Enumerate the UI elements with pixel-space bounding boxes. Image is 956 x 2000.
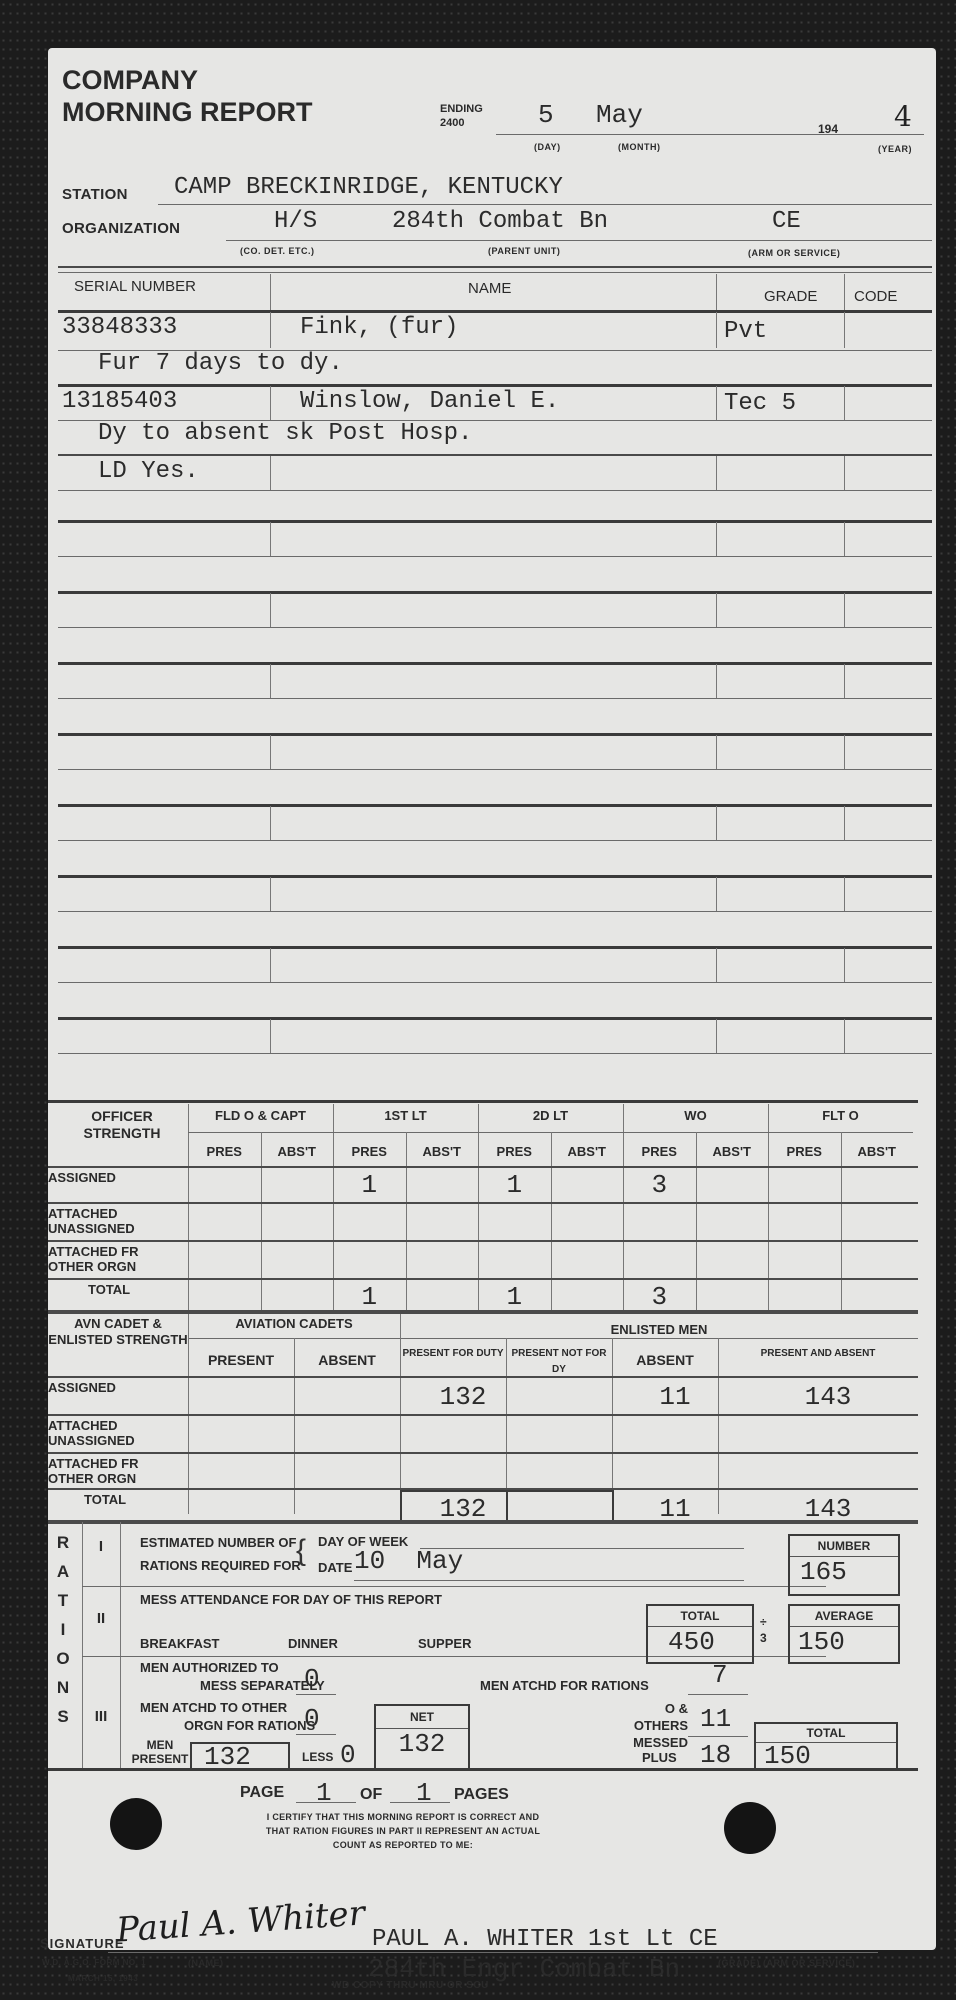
col-divider [623, 1104, 624, 1312]
arm-caption: (ARM OR SERVICE) [748, 248, 840, 258]
net-value[interactable]: 132 [376, 1729, 468, 1759]
entry-1-name[interactable]: Fink, (fur) [300, 314, 458, 341]
enlisted-cell[interactable]: 143 [738, 1382, 918, 1412]
col-divider [844, 274, 845, 310]
officer-top-rule [48, 1100, 918, 1103]
row-rule [58, 733, 932, 736]
number-value[interactable]: 165 [790, 1557, 898, 1587]
col-divider [506, 1490, 508, 1524]
col-divider [716, 664, 717, 698]
col-divider [270, 386, 271, 420]
col-divider [270, 274, 271, 310]
row-rule [58, 627, 932, 628]
less-value[interactable]: 0 [340, 1740, 356, 1770]
mess-total-value[interactable]: 450 [648, 1627, 752, 1657]
officer-sub-header: PRES [478, 1144, 551, 1159]
col-divider [716, 456, 717, 490]
officer-sub-header: ABS'T [696, 1144, 769, 1159]
row-rule [48, 1202, 918, 1204]
supper-label: SUPPER [418, 1636, 471, 1651]
title-line-1: COMPANY [62, 64, 313, 96]
officer-group-header: FLT O [768, 1108, 913, 1123]
page-total[interactable]: 1 [416, 1778, 432, 1808]
form-title: COMPANY MORNING REPORT [62, 64, 313, 128]
auth-label-1: MEN AUTHORIZED TO [140, 1660, 279, 1675]
year-digit: 4 [894, 100, 912, 133]
handwritten-signature[interactable]: Paul A. Whiter [115, 1893, 366, 1950]
col-divider [406, 1132, 407, 1312]
officer-group-header: FLD O & CAPT [188, 1108, 333, 1123]
rations-top-rule [48, 1520, 918, 1522]
ration-total-box: TOTAL 150 [754, 1722, 898, 1770]
certify-line: THAT RATION FIGURES IN PART II REPRESENT… [208, 1824, 598, 1838]
row-rule [58, 840, 932, 841]
certify-line: COUNT AS REPORTED TO ME: [208, 1838, 598, 1852]
row-rule [58, 591, 932, 594]
officer-group-header: 2D LT [478, 1108, 623, 1123]
row-rule [48, 1522, 918, 1524]
atchd-other-line [296, 1734, 336, 1735]
ending-time: 2400 [440, 116, 483, 130]
entry-1-grade[interactable]: Pvt [724, 318, 767, 345]
signature-label: SIGNATURE [40, 1936, 125, 1951]
row-rule [58, 875, 932, 878]
rations-letter: S [48, 1702, 78, 1731]
certify-line: I CERTIFY THAT THIS MORNING REPORT IS CO… [208, 1810, 598, 1824]
row-rule [58, 982, 932, 983]
title-line-2: MORNING REPORT [62, 96, 313, 128]
plus-label: PLUS [642, 1750, 677, 1765]
net-label: NET [376, 1706, 468, 1729]
col-divider [844, 456, 845, 490]
men-present-value[interactable]: 132 [192, 1744, 288, 1770]
enlisted-row-label: ATTACHED UNASSIGNED [48, 1418, 184, 1448]
station-label: STATION [62, 186, 128, 203]
part-1-number: I [82, 1538, 120, 1555]
signature-line [108, 1952, 878, 1953]
col-grade-header: GRADE [764, 288, 817, 305]
date-line [354, 1580, 744, 1581]
atchd-for-label: MEN ATCHD FOR RATIONS [480, 1678, 649, 1693]
col-divider [716, 522, 717, 556]
col-divider [844, 522, 845, 556]
officer-sub-header: PRES [623, 1144, 696, 1159]
row-rule [58, 804, 932, 807]
col-serial-header: SERIAL NUMBER [74, 278, 196, 295]
col-divider [333, 1104, 334, 1312]
entry-2-remark[interactable]: Dy to absent sk Post Hosp. [98, 420, 472, 447]
officer-cell[interactable]: 3 [623, 1282, 696, 1312]
aviation-cadets-header: AVIATION CADETS [188, 1316, 400, 1331]
col-divider [844, 806, 845, 840]
atchd-other-label-2: ORGN FOR RATIONS [184, 1718, 315, 1733]
enlisted-strength-title: AVN CADET & ENLISTED STRENGTH [48, 1316, 188, 1348]
others-value[interactable]: 11 [700, 1704, 731, 1734]
less-label: LESS [302, 1750, 333, 1764]
col-divider [716, 386, 717, 420]
row-rule [58, 662, 932, 665]
row-rule [58, 946, 932, 949]
officer-row-label: TOTAL [88, 1282, 224, 1297]
others-label: O & OTHERS MESSED [626, 1700, 688, 1751]
ration-date-label: DATE [318, 1560, 352, 1575]
enlisted-top-rule [48, 1310, 918, 1312]
officer-row-label: ASSIGNED [48, 1170, 184, 1185]
organization-label: ORGANIZATION [62, 220, 180, 237]
enlisted-col-header: ABSENT [294, 1352, 400, 1368]
officer-strength-title: OFFICER STRENGTH [52, 1108, 192, 1142]
col-divider [696, 1132, 697, 1312]
rations-letter: N [48, 1673, 78, 1702]
day-value: 5 [538, 100, 554, 130]
col-divider [270, 1019, 271, 1053]
breakfast-label: BREAKFAST [140, 1636, 219, 1651]
rations-letter: I [48, 1615, 78, 1644]
header-rule [58, 310, 932, 313]
men-present-label: MEN PRESENT [130, 1738, 190, 1766]
entries-top-rule [58, 266, 932, 268]
col-divider [270, 806, 271, 840]
row-rule [48, 1240, 918, 1242]
row-rule [58, 911, 932, 912]
pages-label: PAGES [454, 1786, 509, 1804]
organization-parent[interactable]: 284th Combat Bn [392, 208, 608, 235]
co-caption: (CO. DET. ETC.) [240, 246, 315, 256]
enlisted-col-header: PRESENT FOR DUTY [400, 1346, 506, 1362]
average-box: AVERAGE 150 [788, 1604, 900, 1664]
col-divider [270, 735, 271, 769]
grade-caption: (GRADE) (ARM OR SERVICE) [718, 1958, 855, 1968]
col-divider [551, 1132, 552, 1312]
day-caption: (DAY) [534, 142, 561, 152]
officer-cell[interactable]: 1 [333, 1170, 406, 1200]
officer-sub-header: ABS'T [406, 1144, 479, 1159]
morning-report-form: COMPANY MORNING REPORT ENDING 2400 5 May… [48, 48, 936, 1950]
row-rule [58, 556, 932, 557]
auth-line [296, 1694, 336, 1695]
atchd-for-line [688, 1694, 748, 1695]
col-divider [270, 522, 271, 556]
enlisted-row-label: ATTACHED FR OTHER ORGN [48, 1456, 184, 1486]
mess-total-label: TOTAL [648, 1606, 752, 1627]
organization-co[interactable]: H/S [274, 208, 317, 235]
ending-label: ENDING 2400 [440, 102, 483, 130]
col-divider [716, 735, 717, 769]
col-divider [844, 877, 845, 911]
year-line [848, 134, 924, 135]
row-rule [48, 1312, 918, 1314]
men-present-line: MEN [130, 1738, 190, 1752]
officer-cell[interactable]: 1 [478, 1170, 551, 1200]
rations-letter: T [48, 1586, 78, 1615]
officer-cell[interactable]: 3 [623, 1170, 696, 1200]
col-divider [261, 1132, 262, 1312]
row-rule [58, 1053, 932, 1054]
col-divider [716, 312, 717, 348]
rations-side-label: R A T I O N S [48, 1528, 78, 1731]
certification-text: I CERTIFY THAT THIS MORNING REPORT IS CO… [208, 1810, 598, 1852]
officer-row-label: ATTACHED FR OTHER ORGN [48, 1244, 184, 1274]
month-caption: (MONTH) [618, 142, 661, 152]
ending-text: ENDING [440, 102, 483, 116]
entry-1-remark[interactable]: Fur 7 days to dy. [98, 350, 343, 377]
rations-letter: A [48, 1557, 78, 1586]
col-divider [844, 386, 845, 420]
col-divider [768, 1104, 769, 1312]
row-rule [58, 769, 932, 770]
punch-hole-right [724, 1802, 776, 1854]
col-divider [188, 1104, 189, 1312]
ration-date-value[interactable]: 10 May [354, 1546, 463, 1576]
parent-caption: (PARENT UNIT) [488, 246, 560, 256]
others-label-line: MESSED [626, 1734, 688, 1751]
entries-top-rule-2 [58, 272, 932, 273]
rations-letter: R [48, 1528, 78, 1557]
page-number[interactable]: 1 [316, 1778, 332, 1808]
row-rule [58, 454, 932, 456]
station-line [158, 204, 932, 205]
atchd-for-value[interactable]: 7 [712, 1660, 728, 1690]
organization-line [226, 240, 932, 241]
others-line [688, 1736, 748, 1737]
station-value[interactable]: CAMP BRECKINRIDGE, KENTUCKY [174, 174, 563, 201]
row-rule [58, 490, 932, 491]
entry-2-grade[interactable]: Tec 5 [724, 390, 796, 417]
others-label-line: O & OTHERS [626, 1700, 688, 1734]
mess-total-box: TOTAL 450 [646, 1604, 754, 1664]
officer-sub-header: PRES [188, 1144, 261, 1159]
part-1-label: ESTIMATED NUMBER OF RATIONS REQUIRED FOR [140, 1531, 301, 1577]
form-date: MARCH 15, 1943 [68, 1974, 138, 1983]
dinner-label: DINNER [288, 1636, 338, 1651]
col-divider [716, 274, 717, 310]
part-3-number: III [82, 1708, 120, 1725]
enlisted-row-label: ASSIGNED [48, 1380, 184, 1395]
officer-cell[interactable]: 1 [478, 1282, 551, 1312]
col-divider [270, 456, 271, 490]
officer-sub-header: ABS'T [551, 1144, 624, 1159]
enlisted-col-header: PRESENT AND ABSENT [718, 1346, 918, 1362]
col-divider [716, 1019, 717, 1053]
divide-by-three: ÷ 3 [760, 1614, 767, 1646]
enlisted-cell[interactable]: 132 [420, 1382, 506, 1412]
mess-attendance-label: MESS ATTENDANCE FOR DAY OF THIS REPORT [140, 1592, 442, 1607]
officer-group-header: WO [623, 1108, 768, 1123]
header-sub-rule [188, 1338, 918, 1339]
officer-sub-header: PRES [333, 1144, 406, 1159]
col-divider [270, 312, 271, 348]
plus-value[interactable]: 18 [700, 1740, 731, 1770]
col-divider [844, 948, 845, 982]
punch-hole-left [110, 1798, 162, 1850]
entry-3-remark[interactable]: LD Yes. [98, 458, 199, 485]
col-divider [716, 877, 717, 911]
entry-1-serial[interactable]: 33848333 [62, 314, 177, 341]
part-2-number: II [82, 1610, 120, 1627]
men-present-box: 132 [190, 1742, 290, 1770]
unit-stamp: 284th Engr Combat Bn [368, 1954, 680, 1984]
officer-sub-header: PRES [768, 1144, 841, 1159]
officer-sub-header: ABS'T [841, 1144, 914, 1159]
row-rule [58, 1017, 932, 1020]
net-box: NET 132 [374, 1704, 470, 1770]
divide-sign: ÷ [760, 1614, 767, 1630]
entry-2-serial[interactable]: 13185403 [62, 388, 177, 415]
auth-value[interactable]: 0 [304, 1664, 320, 1694]
col-code-header: CODE [854, 288, 897, 305]
row-rule [58, 384, 932, 387]
rations-divider [120, 1522, 121, 1768]
rations-part-rule [82, 1586, 826, 1587]
entry-2-name[interactable]: Winslow, Daniel E. [300, 388, 559, 415]
col-divider [844, 664, 845, 698]
officer-group-header: 1ST LT [333, 1108, 478, 1123]
row-rule [48, 1414, 918, 1416]
divide-number: 3 [760, 1630, 767, 1646]
enlisted-men-header: ENLISTED MEN [400, 1322, 918, 1337]
ration-total-value[interactable]: 150 [756, 1743, 896, 1769]
col-divider [844, 593, 845, 627]
col-divider [270, 664, 271, 698]
month-value: May [596, 100, 643, 130]
atchd-other-value[interactable]: 0 [304, 1704, 320, 1734]
name-caption: (NAME) [188, 1958, 224, 1968]
col-divider [270, 593, 271, 627]
row-rule [58, 520, 932, 523]
year-caption: (YEAR) [878, 144, 912, 154]
col-divider [716, 806, 717, 840]
row-rule [58, 698, 932, 699]
men-present-line: PRESENT [130, 1752, 190, 1766]
col-divider [478, 1104, 479, 1312]
year-prefix: 194 [818, 122, 838, 136]
enlisted-col-header: PRESENT NOT FOR DY [506, 1346, 612, 1378]
officer-row-label: ATTACHED UNASSIGNED [48, 1206, 184, 1236]
col-divider [844, 735, 845, 769]
atchd-other-label-1: MEN ATCHD TO OTHER [140, 1700, 287, 1715]
average-label: AVERAGE [790, 1606, 898, 1627]
number-label: NUMBER [790, 1536, 898, 1557]
col-divider [270, 877, 271, 911]
part-1-label-line: ESTIMATED NUMBER OF [140, 1531, 301, 1554]
average-value[interactable]: 150 [790, 1627, 898, 1657]
number-box: NUMBER 165 [788, 1534, 900, 1596]
dow-line [420, 1548, 744, 1549]
enlisted-cell[interactable]: 11 [632, 1382, 718, 1412]
col-name-header: NAME [468, 280, 511, 297]
col-divider [844, 312, 845, 348]
col-divider [716, 593, 717, 627]
row-rule [48, 1166, 918, 1168]
rations-letter: O [48, 1644, 78, 1673]
rations-divider [82, 1522, 83, 1768]
form-number: W.D. A.G.O. FORM NO. 1 [42, 1958, 146, 1967]
of-label: OF [360, 1786, 382, 1804]
row-rule [48, 1376, 918, 1378]
brace: { [296, 1528, 306, 1574]
row-rule [48, 1278, 918, 1280]
col-divider [844, 1019, 845, 1053]
page-label: PAGE [240, 1784, 284, 1802]
officer-cell[interactable]: 1 [333, 1282, 406, 1312]
col-divider [716, 948, 717, 982]
col-divider [270, 948, 271, 982]
enlisted-col-header: PRESENT [188, 1352, 294, 1368]
part-1-label-line: RATIONS REQUIRED FOR [140, 1554, 301, 1577]
enlisted-row-label: TOTAL [84, 1492, 220, 1507]
typed-name[interactable]: PAUL A. WHITER 1st Lt CE [372, 1926, 718, 1953]
organization-arm[interactable]: CE [772, 208, 801, 235]
col-divider [841, 1132, 842, 1312]
enlisted-col-header: ABSENT [612, 1352, 718, 1368]
officer-sub-header: ABS'T [261, 1144, 334, 1159]
row-rule [48, 1452, 918, 1454]
